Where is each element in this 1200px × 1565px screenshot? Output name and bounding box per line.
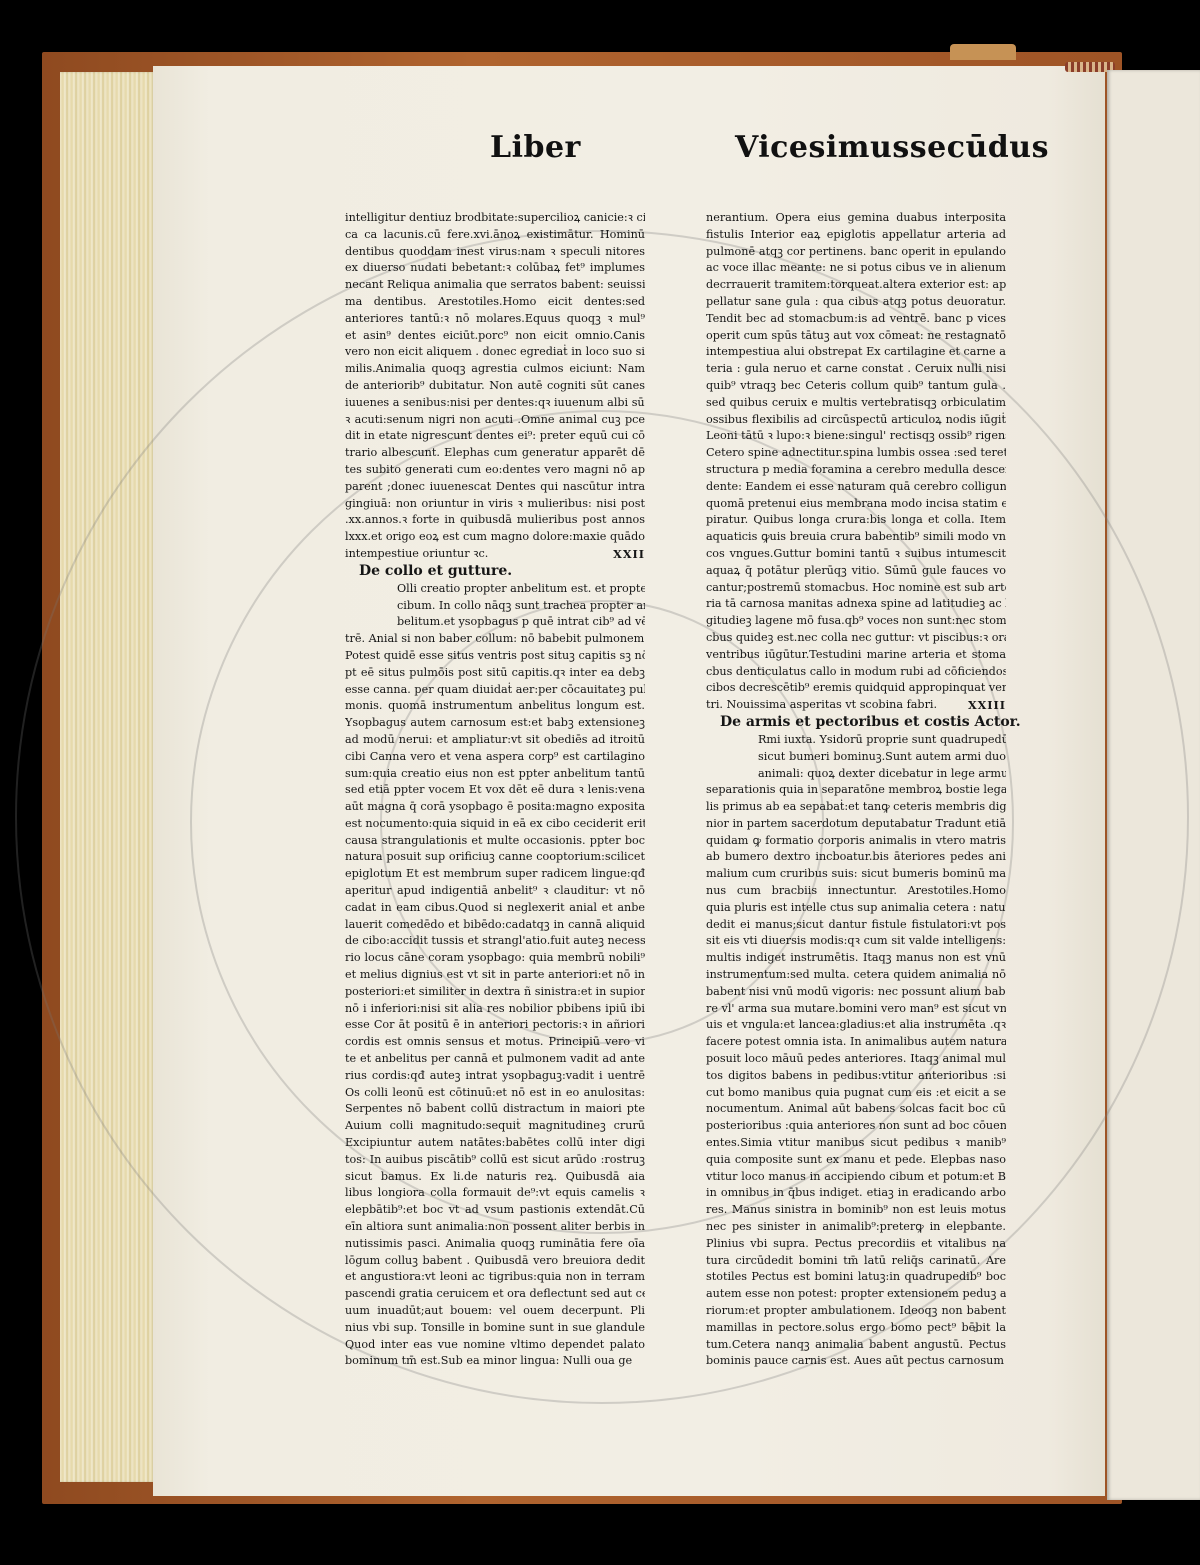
text-line: posuit loco māuū pedes anteriores. Itaqꝫ…	[706, 1051, 1006, 1068]
text-line: cordis est omnis sensus et motus. Princi…	[345, 1034, 645, 1051]
text-line: de cibo:accidit tussis et strangl'atio.f…	[345, 933, 645, 950]
running-head-left: Liber	[490, 130, 581, 165]
text-line: aperitur apud indigentiā anbelit⁹ ꝛ clau…	[345, 883, 645, 900]
text-line: trē. Anial si non baber collum: nō babeb…	[345, 631, 645, 648]
chapter-number: XXIII	[968, 697, 1006, 714]
text-line: de anteriorib⁹ dubitatur. Non autē cogni…	[345, 378, 645, 395]
text-line: Leoni tātū ꝛ lupo:ꝛ biene:singul' rectis…	[706, 428, 1006, 445]
text-line: re vl' arma sua mutare.bomini vero man⁹ …	[706, 1001, 1006, 1018]
text-line: pulmonē atqꝫ cor pertinens. banc operit …	[706, 244, 1006, 261]
chapter-end-line: XXIIintempestiue oriuntur ꝛc.	[345, 546, 645, 563]
text-line: nius vbi sup. Tonsille in bomine sunt in…	[345, 1320, 645, 1337]
text-line: lauerit comedēdo et bibēdo:cadatqꝫ in ca…	[345, 917, 645, 934]
text-line: bominis pauce carnis est. Aues aūt pectu…	[706, 1353, 1006, 1370]
text-line: fistulis Interior eaꝝ epiglotis appellat…	[706, 227, 1006, 244]
text-line: pt eē situs pulmōis post sitū capitis.qꝛ…	[345, 665, 645, 682]
text-line: Ysopbagus autem carnosum est:et babꝫ ext…	[345, 715, 645, 732]
text-line: aūt magna q̄ corā ysopbago ē posita:magn…	[345, 799, 645, 816]
text-line: pascendi gratia ceruicem et ora deflectu…	[345, 1286, 645, 1303]
text-line: Tendit bec ad stomacbum:is ad ventrē. ba…	[706, 311, 1006, 328]
signature-mark: o	[973, 1325, 978, 1335]
text-line: anteriores tantū:ꝛ nō molares.Equus quoq…	[345, 311, 645, 328]
text-line: nō i inferiori:nisi sit alia res nobilio…	[345, 1001, 645, 1018]
text-line: .xx.annos.ꝛ forte in quibusdā mulieribus…	[345, 512, 645, 529]
text-line: quidam ꝙ formatio corporis animalis in v…	[706, 833, 1006, 850]
text-line: nerantium. Opera eius gemina duabus inte…	[706, 210, 1006, 227]
text-line: tum.Cetera nanqꝫ animalia babent angustū…	[706, 1337, 1006, 1354]
text-column-right: nerantium. Opera eius gemina duabus inte…	[706, 210, 1006, 1370]
text-line: esse canna. per quam diuidaṫ aer:per cōc…	[345, 682, 645, 699]
text-line: ac voce illac meante: ne si potus cibus …	[706, 260, 1006, 277]
text-line: decrrauerit tramitem:torqueat.altera ext…	[706, 277, 1006, 294]
text-line: ex diuerso nudati bebetant:ꝛ colūbaꝝ fet…	[345, 260, 645, 277]
text-line: rio locus cāne coram ysopbago: quia memb…	[345, 950, 645, 967]
text-line: posteriori:et similiter in dextra ñ sini…	[345, 984, 645, 1001]
text-line: monis. quomā instrumentum anbelitus long…	[345, 698, 645, 715]
text-line: et asin⁹ dentes eiciūt.porc⁹ non eicit o…	[345, 328, 645, 345]
text-line: tos: In auibus piscātib⁹ collū est sicut…	[345, 1152, 645, 1169]
text-line: instrumentum:sed multa. cetera quidem an…	[706, 967, 1006, 984]
text-line: esse Cor āt positū ē in anteriori pector…	[345, 1017, 645, 1034]
text-line: vtitur loco manus in accipiendo cibum et…	[706, 1169, 1006, 1186]
chapter-number: XXII	[613, 546, 645, 563]
text-line: lōgum colluꝫ babent . Quibusdā vero breu…	[345, 1253, 645, 1270]
text-line: entes.Simia vtitur manibus sicut pedibus…	[706, 1135, 1006, 1152]
text-line: epiglotum Et est membrum super radicem l…	[345, 866, 645, 883]
text-line: intempestiua alui obstrepat Ex cartilagi…	[706, 344, 1006, 361]
text-line: Quod inter eas vue nomine vltimo depende…	[345, 1337, 645, 1354]
text-line: piratur. Quibus longa crura:bis longa et…	[706, 512, 1006, 529]
text-line: mamillas in pectore.solus ergo bomo pect…	[706, 1320, 1006, 1337]
text-line: quomā pretenui eius membrana modo incisa…	[706, 496, 1006, 513]
text-line: elepbātib⁹:et boc vt ad vsum pastionis e…	[345, 1202, 645, 1219]
text-line: cbus quideꝫ est.nec colla nec guttur: vt…	[706, 630, 1006, 647]
text-line: cibum. In collo nāqꝫ sunt trachea propte…	[345, 598, 645, 615]
text-line: animali: quoꝝ dexter dicebatur in lege a…	[706, 766, 1006, 783]
text-line: cibos decrescētib⁹ eremis quidquid appro…	[706, 680, 1006, 697]
text-line: dit in etate nigrescunt dentes ei⁹: pret…	[345, 428, 645, 445]
text-line: quia pluris est intelle ctus sup animali…	[706, 900, 1006, 917]
text-line: lxxx.et origo eoꝝ est cum magno dolore:m…	[345, 529, 645, 546]
text-line: vero non eicit aliquem . donec egrediaṫ …	[345, 344, 645, 361]
text-line: sed etiā ppter vocem Et vox dēt eē dura …	[345, 782, 645, 799]
text-line: tos digitos babens in pedibus:vtitur ant…	[706, 1068, 1006, 1085]
text-line: Cetero spine adnectitur.spina lumbis oss…	[706, 445, 1006, 462]
text-line: pellatur sane gula : qua cibus atqꝫ potu…	[706, 294, 1006, 311]
text-column-left: intelligitur dentiuz brodbitate:supercil…	[345, 210, 645, 1370]
text-line: dedit ei manus;sicut dantur fistule fist…	[706, 917, 1006, 934]
text-line: belitum.et ysopbagus p quē intrat cib⁹ a…	[345, 614, 645, 631]
text-line: ria tā carnosa manitas adnexa spine ad l…	[706, 596, 1006, 613]
text-line: riorum:et propter ambulationem. Ideoqꝫ n…	[706, 1303, 1006, 1320]
text-line: aquaticis ꝙuis breuia crura babentib⁹ si…	[706, 529, 1006, 546]
text-line: malium cum cruribus suis: sicut bumeris …	[706, 866, 1006, 883]
text-line: causa strangulationis et multe occasioni…	[345, 833, 645, 850]
text-line: cantur;postremū stomacbus. Hoc nomine es…	[706, 580, 1006, 597]
text-line: natura posuit sup orificiuꝫ canne coopto…	[345, 849, 645, 866]
facing-page-edge	[1107, 70, 1200, 1500]
text-line: eīn altiora sunt animalia:non possent al…	[345, 1219, 645, 1236]
text-line: cos vngues.Guttur bomini tantū ꝛ suibus …	[706, 546, 1006, 563]
text-line: ad modū nerui: et ampliatur:vt sit obedi…	[345, 732, 645, 749]
text-line: ma dentibus. Arestotiles.Homo eicit dent…	[345, 294, 645, 311]
text-line: te et anbelitus per cannā et pulmonem va…	[345, 1051, 645, 1068]
text-line: Olli creatio propter anbelitum est. et p…	[345, 581, 645, 598]
text-line: dentibus quoddam inest virus:nam ꝛ specu…	[345, 244, 645, 261]
text-line: tri. Nouissima asperitas vt scobina fabr…	[706, 698, 937, 711]
text-line: separationis quia in separatōne membroꝝ …	[706, 782, 1006, 799]
text-line: intelligitur dentiuz brodbitate:supercil…	[345, 210, 645, 227]
text-line: tes subito generati cum eo:dentes vero m…	[345, 462, 645, 479]
text-line: sicut bamus. Ex li.de naturis reꝝ. Quibu…	[345, 1169, 645, 1186]
page-edges	[60, 72, 155, 1482]
text-line: uum inuadūt;aut bouem: vel ouem decerpun…	[345, 1303, 645, 1320]
text-line: multis indiget instrumētis. Itaqꝫ manus …	[706, 950, 1006, 967]
text-line: nec pes sinister in animalib⁹:preterꝙ in…	[706, 1219, 1006, 1236]
text-line: nocumentum. Animal aūt babens solcas fac…	[706, 1101, 1006, 1118]
text-line: stotiles Pectus est bomini latuꝫ:in quad…	[706, 1269, 1006, 1286]
text-line: rius cordis:qđ auteꝫ intrat ysopbaguꝫ:va…	[345, 1068, 645, 1085]
text-line: teria : gula neruo et carne constat . Ce…	[706, 361, 1006, 378]
text-line: uis et vngula:et lancea:gladius:et alia …	[706, 1017, 1006, 1034]
text-line: sit eis vti diuersis modis:qꝛ cum sit va…	[706, 933, 1006, 950]
text-line: et angustiora:vt leoni ac tigribus:quia …	[345, 1269, 645, 1286]
text-line: sed quibus ceruix e multis vertebratisqꝫ…	[706, 395, 1006, 412]
text-line: Plinius vbi supra. Pectus precordiis et …	[706, 1236, 1006, 1253]
text-line: ca ca lacunis.cū fere.xvi.ānoꝝ existimāt…	[345, 227, 645, 244]
text-line: structura p media foramina a cerebro med…	[706, 462, 1006, 479]
text-line: aquaꝝ q̄ potātur plerūqꝫ vitio. Sūmū gul…	[706, 563, 1006, 580]
text-line: Excipiuntur autem natātes:babētes collū …	[345, 1135, 645, 1152]
text-line: bominum tm̄ est.Sub ea minor lingua: Nul…	[345, 1353, 645, 1370]
text-line: ossibus flexibilis ad circūspectū articu…	[706, 412, 1006, 429]
text-line: dente: Eandem ei esse naturam quā cerebr…	[706, 479, 1006, 496]
chapter-heading: De armis et pectoribus et costis Actor.	[706, 714, 1006, 732]
running-head-right: Vicesimussecūdus	[735, 130, 1049, 165]
chapter-heading: De collo et gutture.	[345, 563, 645, 581]
text-line: Serpentes nō babent collū distractum in …	[345, 1101, 645, 1118]
text-line: Auium colli magnitudo:sequiṫ magnitudine…	[345, 1118, 645, 1135]
text-line: milis.Animalia quoqꝫ agrestia culmos eic…	[345, 361, 645, 378]
text-line: operit cum spūs tātuꝫ aut vox cōmeat: ne…	[706, 328, 1006, 345]
text-line: ꝛ acuti:senum nigri non acuti .Omne anim…	[345, 412, 645, 429]
text-line: in omnibus in q̄bus indiget. etiaꝫ in er…	[706, 1185, 1006, 1202]
text-line: nior in partem sacerdotum deputabatur Tr…	[706, 816, 1006, 833]
text-line: Rmi iuxta. Ysidorū proprie sunt quadrupe…	[706, 732, 1006, 749]
text-line: posterioribus :quia anteriores non sunt …	[706, 1118, 1006, 1135]
text-line: cibi Canna vero et vena aspera corp⁹ est…	[345, 749, 645, 766]
text-line: Os colli leonū est cōtinuū:et nō est in …	[345, 1085, 645, 1102]
text-line: res. Manus sinistra in bominib⁹ non est …	[706, 1202, 1006, 1219]
text-line: parent ;donec iuuenescat Dentes qui nasc…	[345, 479, 645, 496]
text-line: necant Reliqua animalia que serratos bab…	[345, 277, 645, 294]
text-line: iuuenes a senibus:nisi per dentes:qꝛ iuu…	[345, 395, 645, 412]
text-line: cbus denticulatus callo in modum rubi ad…	[706, 664, 1006, 681]
text-line: autem esse non potest: propter extension…	[706, 1286, 1006, 1303]
chapter-end-line: XXIIItri. Nouissima asperitas vt scobina…	[706, 697, 1006, 714]
text-line: gingiuā: non oriuntur in viris ꝛ mulieri…	[345, 496, 645, 513]
text-line: ventribus iūgūtur.Testudini marine arter…	[706, 647, 1006, 664]
text-line: intempestiue oriuntur ꝛc.	[345, 547, 488, 560]
text-line: sicut bumeri bominuꝫ.Sunt autem armi duo	[706, 749, 1006, 766]
text-line: trario albescunt. Elephas cum generatur …	[345, 445, 645, 462]
text-line: cadat in eam cibus.Quod si neglexerit an…	[345, 900, 645, 917]
text-line: libus longiora colla formauit de⁹:vt equ…	[345, 1185, 645, 1202]
text-line: sum:quia creatio eius non est ppter anbe…	[345, 766, 645, 783]
text-line: et melius dignius est vt sit in parte an…	[345, 967, 645, 984]
text-line: nus cum bracbiis innectuntur. Arestotile…	[706, 883, 1006, 900]
bookmark-tab	[950, 44, 1016, 60]
text-line: gitudieꝫ lagene mō fusa.qb⁹ voces non su…	[706, 613, 1006, 630]
text-line: est nocumento:quia siquid in eā ex cibo …	[345, 816, 645, 833]
text-line: ab bumero dextro incboatur.bis āteriores…	[706, 849, 1006, 866]
text-line: cut bomo manibus quia pugnat cum eis :et…	[706, 1085, 1006, 1102]
text-line: quib⁹ vtraqꝫ bec Ceteris collum quib⁹ ta…	[706, 378, 1006, 395]
text-line: Potest quidē esse situs ventris post sit…	[345, 648, 645, 665]
text-line: nutissimis pasci. Animalia quoqꝫ rumināt…	[345, 1236, 645, 1253]
text-line: facere potest omnia ista. In animalibus …	[706, 1034, 1006, 1051]
text-line: babent nisi vnū modū vigoris: nec possun…	[706, 984, 1006, 1001]
text-line: quia composite sunt ex manu et pede. Ele…	[706, 1152, 1006, 1169]
text-line: lis primus ab ea sepabaṫ:et tanꝙ ceteris…	[706, 799, 1006, 816]
text-line: tura circūdedit bomini tm̄ latū reliq̄s …	[706, 1253, 1006, 1270]
